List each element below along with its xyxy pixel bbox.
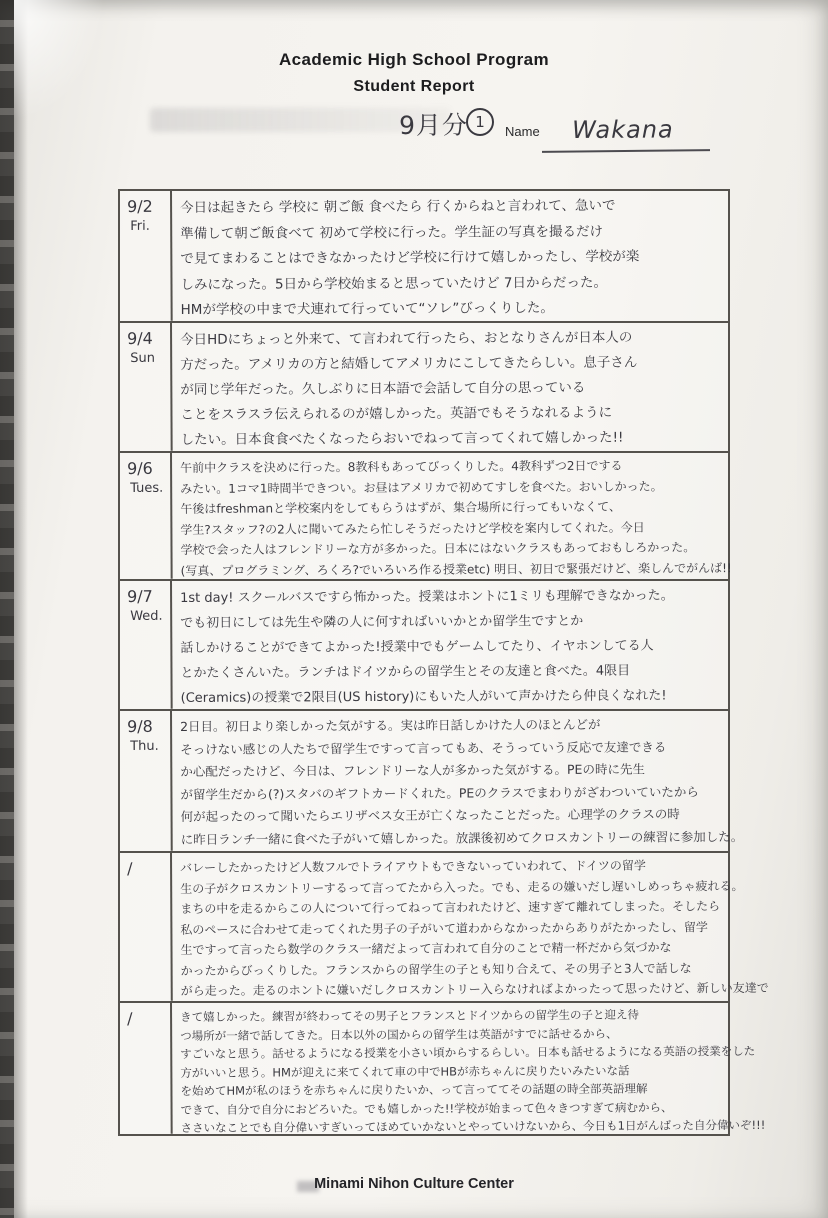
diary-entry: バレーしたかったけど人数フルでトライアウトもできないっていわれて、ドイツの留学 … xyxy=(172,850,769,1001)
date-value: 9/2 xyxy=(127,197,170,216)
entry-line: が留学生だから(?)スタバのギフトカードくれた。PEのクラスでまわりがざわついて… xyxy=(180,781,743,806)
table-row: / バレーしたかったけど人数フルでトライアウトもできないっていわれて、ドイツの留… xyxy=(120,853,728,1003)
organization-footer: Minami Nihon Culture Center xyxy=(0,1176,828,1192)
student-name: Wakana xyxy=(572,115,674,144)
entry-line: 1st day! スクールバスですら怖かった。授業はホントに1ミリも理解できなか… xyxy=(180,583,728,611)
diary-entry: 1st day! スクールバスですら怖かった。授業はホントに1ミリも理解できなか… xyxy=(172,578,729,709)
day-value: Thu. xyxy=(127,739,170,754)
entry-line: 準備して朝ご飯食べて 初めて学校に行った。学生証の写真を撮るだけ xyxy=(180,219,728,247)
row-date-cell: 9/4 Sun xyxy=(120,323,173,451)
entry-line: 午前中クラスを決めに行った。8教科もあってびっくりした。4教科ずつ2日でする xyxy=(180,455,731,478)
table-row: 9/7 Wed. 1st day! スクールバスですら怖かった。授業はホントに1… xyxy=(120,581,728,711)
entry-line: しみになった。5日から学校始まると思っていたけど 7日からだった。 xyxy=(180,270,728,298)
date-value: 9/8 xyxy=(127,717,170,736)
row-date-cell: 9/7 Wed. xyxy=(120,581,173,709)
entry-line: 午後はfreshmanと学校案内をしてもらうはずが、集合場所に行ってもいなくて、 xyxy=(180,496,731,519)
row-date-cell: / xyxy=(120,853,173,1001)
entry-line: 私のペースに合わせて走ってくれた男子の子がいて道わからなかったからありがたかった… xyxy=(180,916,768,940)
notebook-binding-edge xyxy=(0,0,14,1218)
diary-entry: 午前中クラスを決めに行った。8教科もあってびっくりした。4教科ずつ2日でする み… xyxy=(172,450,732,579)
entry-line: みたい。1コマ1時間半できつい。お昼はアメリカで初めてすしを食べた。おいしかった… xyxy=(180,476,731,499)
diary-entry: きて嬉しかった。練習が終わってその男子とフランスとドイツからの留学生の子と迎え待… xyxy=(172,1000,765,1134)
entry-line: ことをスラスラ伝えられるのが嬉しかった。英語でもそうなれるように xyxy=(180,400,728,428)
table-row: 9/6 Tues. 午前中クラスを決めに行った。8教科もあってびっくりした。4教… xyxy=(120,453,728,581)
table-row: / きて嬉しかった。練習が終わってその男子とフランスとドイツからの留学生の子と迎… xyxy=(120,1003,728,1134)
diary-entry: 今日は起きたら 学校に 朝ご飯 食べたら 行くからねと言われて、急いで 準備して… xyxy=(172,188,729,321)
entry-line: そっけない感じの人たちで留学生ですって言ってもあ、そうっていう反応で友達できる xyxy=(180,736,743,761)
entry-line: 学生?スタッフ?の2人に聞いてみたら忙しそうだったけど学校を案内してくれた。今日 xyxy=(180,517,731,540)
entry-line: 今日は起きたら 学校に 朝ご飯 食べたら 行くからねと言われて、急いで xyxy=(180,193,728,221)
entry-line: 話しかけることができてよかった!授業中でもゲームしてたり、イヤホンしてる人 xyxy=(180,633,728,661)
entry-line: HMが学校の中まで犬連れて行っていて“ソレ”びっくりした。 xyxy=(181,295,729,323)
entry-line: (Ceramics)の授業で2限目(US history)にもいた人がいて声かけ… xyxy=(181,683,729,711)
row-date-cell: / xyxy=(120,1003,173,1134)
table-row: 9/2 Fri. 今日は起きたら 学校に 朝ご飯 食べたら 行くからねと言われて… xyxy=(120,191,728,323)
entry-line: 学校で会った人はフレンドリーな方が多かった。日本にはないクラスもあっておもしろか… xyxy=(180,537,731,560)
entry-line: とかたくさんいた。ランチはドイツからの留学生とその友達と食べた。4限目 xyxy=(180,658,728,686)
date-value: 9/7 xyxy=(127,587,170,606)
entry-line: でも初日にしては先生や隣の人に何すればいいかとか留学生ですとか xyxy=(180,608,728,636)
date-value: / xyxy=(127,859,170,878)
entry-line: で見てまわることはできなかったけど学校に行けて嬉しかったし、学校が楽 xyxy=(180,244,728,272)
entry-line: 2日目。初日より楽しかった気がする。実は昨日話しかけた人のほとんどが xyxy=(180,713,743,738)
month-label: 9月分 xyxy=(399,106,468,142)
diary-entry: 今日HDにちょっと外来て、て言われて行ったら、おとなりさんが日本人の 方だった。… xyxy=(172,320,729,451)
table-row: 9/4 Sun 今日HDにちょっと外来て、て言われて行ったら、おとなりさんが日本… xyxy=(120,323,728,453)
binding-shadow xyxy=(14,0,28,1218)
entry-line: ささいなことでも自分偉いすぎいってほめていかないとやっていけないから、今日も1日… xyxy=(181,1116,766,1138)
form-title-line1: Academic High School Program xyxy=(0,50,828,70)
row-date-cell: 9/6 Tues. xyxy=(120,453,173,579)
row-date-cell: 9/2 Fri. xyxy=(120,191,173,321)
day-value: Wed. xyxy=(127,609,170,624)
entry-line: 方だった。アメリカの方と結婚してアメリカにこしてきたらしい。息子さん xyxy=(180,350,728,378)
entry-line: まちの中を走るからこの人について行ってねって言われたけど、速すぎて離れてしまった… xyxy=(180,896,768,920)
diary-entry: 2日目。初日より楽しかった気がする。実は昨日話しかけた人のほとんどが そっけない… xyxy=(172,708,743,851)
entry-line: すごいなと思う。話せるようになる授業を小さい頃からするらしい。日本も話せるように… xyxy=(180,1042,765,1064)
day-value: Tues. xyxy=(127,481,170,496)
entry-line: か心配だったけど、今日は、フレンドリーな人が多かった気がする。PEの時に先生 xyxy=(180,758,743,783)
entry-line: (写真、プログラミング、ろくろ?でいろいろ作る授業etc) 明日、初日で緊張だけ… xyxy=(181,558,732,581)
entry-line: 今日HDにちょっと外来て、て言われて行ったら、おとなりさんが日本人の xyxy=(180,325,728,353)
name-field-label: Name xyxy=(505,124,540,139)
diary-table: 9/2 Fri. 今日は起きたら 学校に 朝ご飯 食べたら 行くからねと言われて… xyxy=(118,189,730,1136)
date-value: 9/4 xyxy=(127,329,170,348)
table-row: 9/8 Thu. 2日目。初日より楽しかった気がする。実は昨日話しかけた人のほと… xyxy=(120,711,728,853)
form-title-line2: Student Report xyxy=(0,78,828,96)
entry-line: がら走った。走るのホントに嫌いだしクロスカントリー入らなければよかったって思った… xyxy=(181,978,769,1002)
entry-line: 何が起ったのって聞いたらエリザベス女王が亡くなったことだった。心理学のクラスの時 xyxy=(180,803,743,828)
entry-line: に昨日ランチ一緒に食べた子がいて嬉しかった。放課後初めてクロスカントリーの練習に… xyxy=(181,826,744,851)
date-value: 9/6 xyxy=(127,459,170,478)
day-value: Fri. xyxy=(127,219,170,234)
day-value: Sun xyxy=(127,351,170,366)
entry-line: したい。日本食食べたくなったらおいでねって言ってくれて嬉しかった!! xyxy=(181,425,729,453)
circled-sheet-number: 1 xyxy=(466,108,494,136)
row-date-cell: 9/8 Thu. xyxy=(120,711,173,851)
date-value: / xyxy=(127,1009,170,1028)
entry-line: が同じ学年だった。久しぶりに日本語で会話して自分の思っている xyxy=(180,375,728,403)
